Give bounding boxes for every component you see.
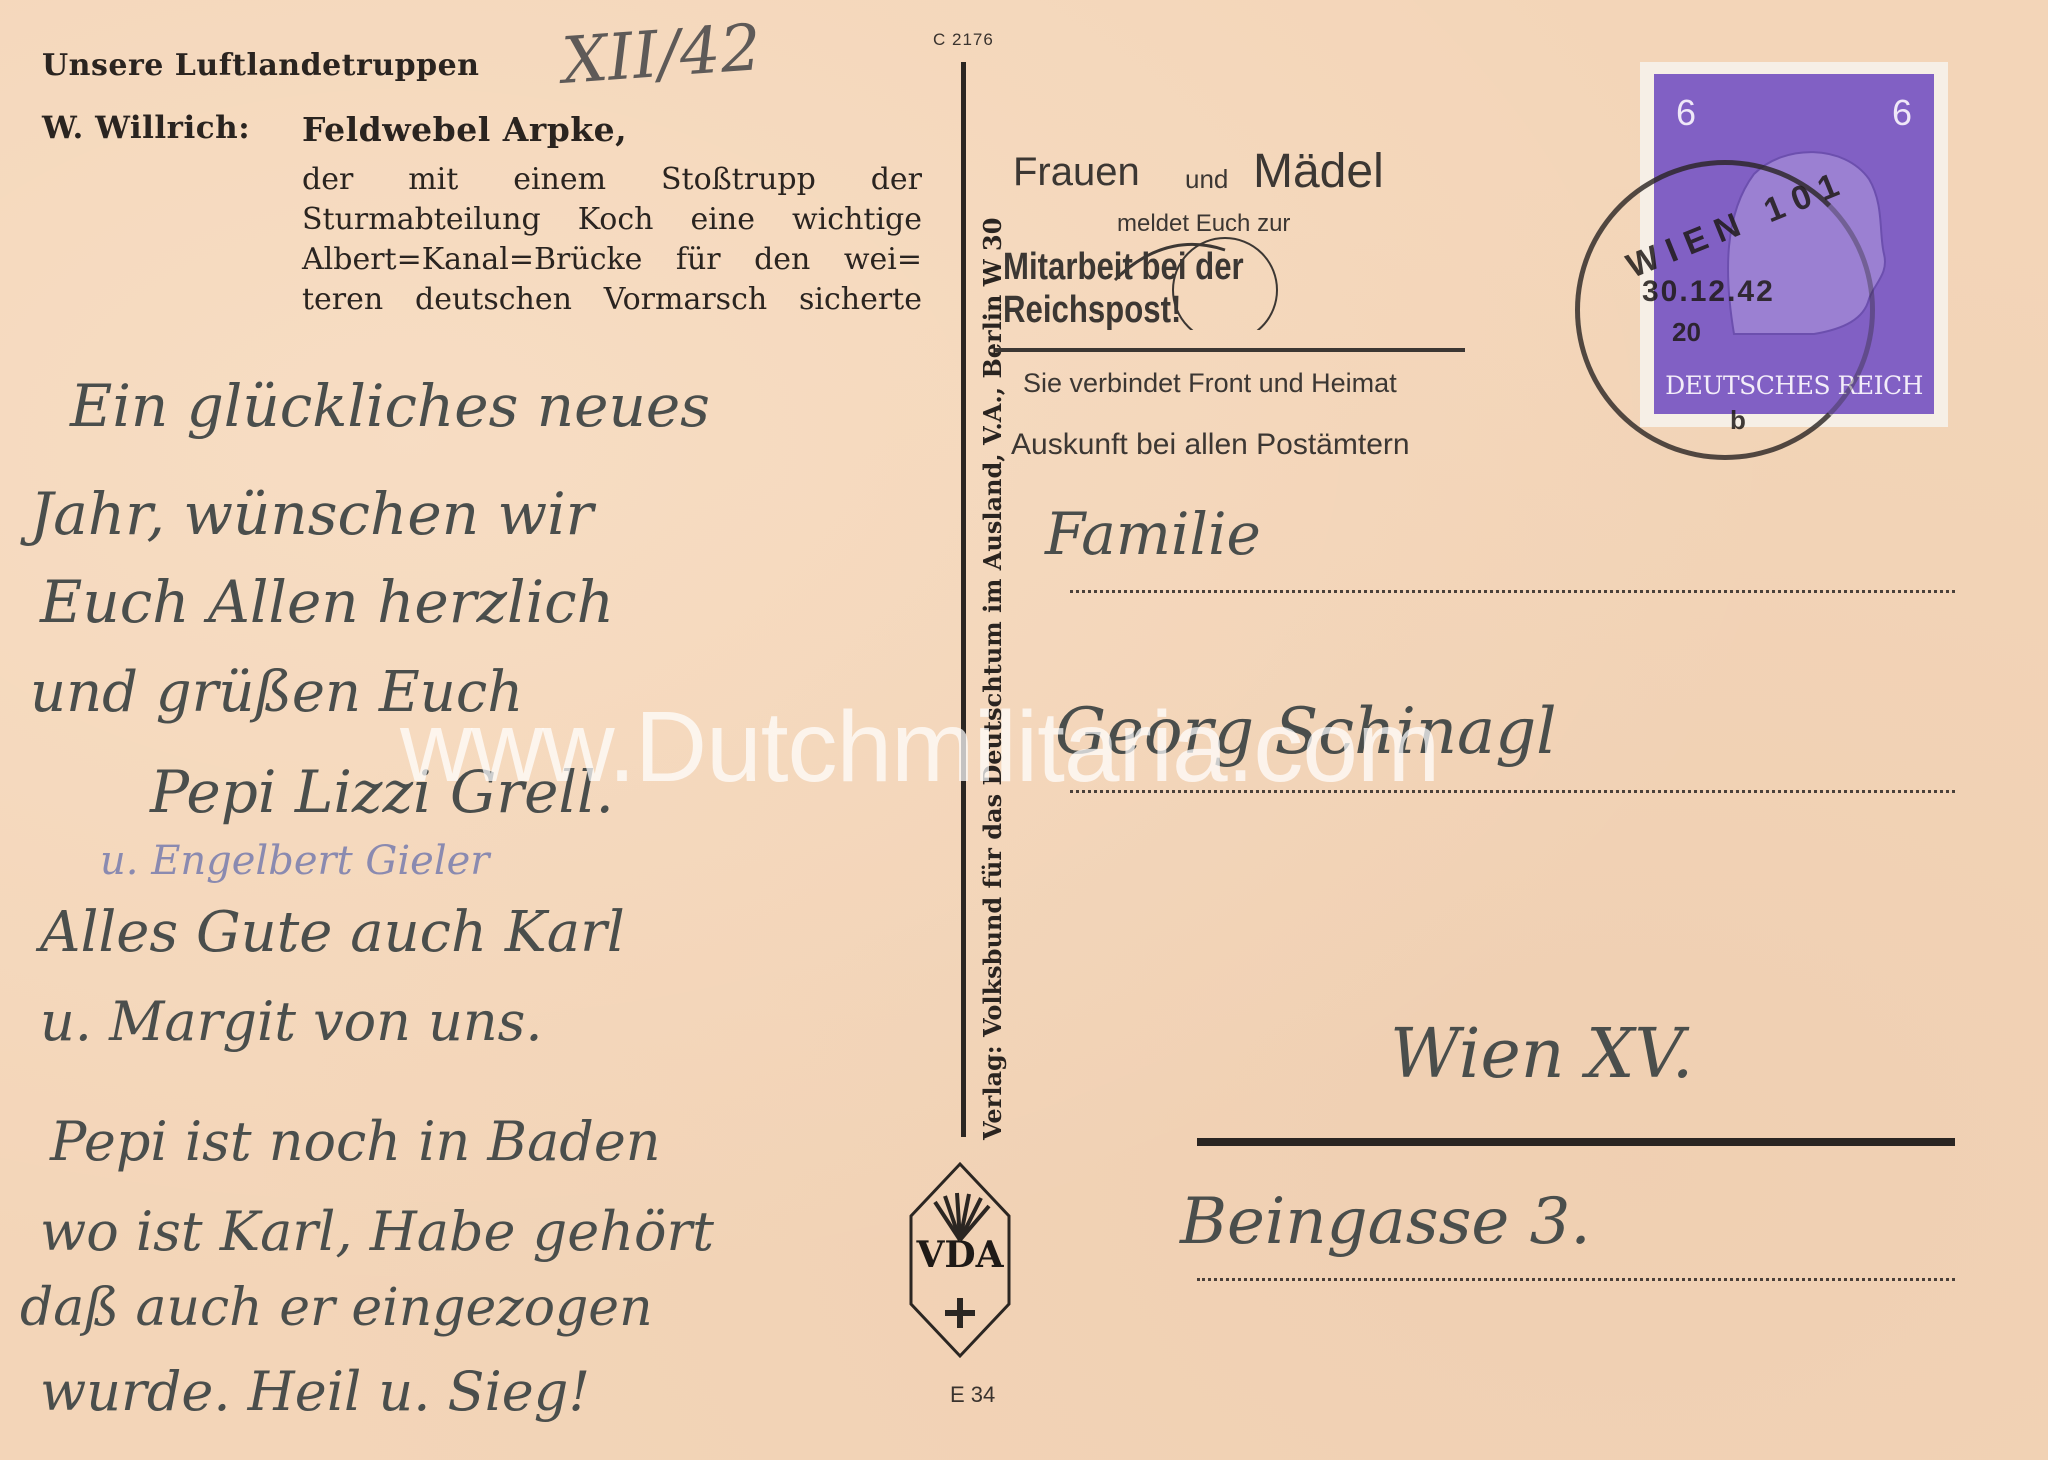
slogan-line3: Mitarbeit bei der Reichspost! xyxy=(1003,246,1390,332)
circular-postmark: WIEN 101 30.12.42 20 b xyxy=(1575,160,1875,460)
postcard-back: XII/42 C 2176 Unsere Luftlandetruppen W.… xyxy=(0,0,2048,1460)
slogan-line5: Auskunft bei allen Postämtern xyxy=(1011,428,1410,462)
address-dotted-line xyxy=(1070,590,1955,593)
center-divider xyxy=(961,62,966,1137)
slogan-rule xyxy=(995,348,1465,352)
message-line: wurde. Heil u. Sieg! xyxy=(40,1360,590,1423)
pencil-addition: u. Engelbert Gieler xyxy=(100,838,489,884)
message-line: Ein glückliches neues xyxy=(70,372,710,440)
message-line: Alles Gute auch Karl xyxy=(40,900,625,965)
address-street: Beingasse 3. xyxy=(1180,1185,1591,1259)
watermark: www.Dutchmilitaria.com xyxy=(400,690,1439,805)
postmark-time: 20 xyxy=(1672,317,1701,348)
slogan-line1-c: Mädel xyxy=(1253,144,1384,199)
message-line: Jahr, wünschen wir xyxy=(30,480,593,548)
slogan-cancel: Frauen und Mädel meldet Euch zur Mitarbe… xyxy=(1005,150,1475,470)
address-block: Familie Georg Schinagl Wien XV. Beingass… xyxy=(1000,470,2048,1370)
postmark-letter: b xyxy=(1730,405,1746,436)
slogan-line4: Sie verbindet Front und Heimat xyxy=(1023,368,1397,399)
address-line1: Familie xyxy=(1045,500,1261,568)
slogan-line1-a: Frauen xyxy=(1013,150,1140,195)
address-dotted-line xyxy=(1197,1278,1955,1281)
message-line: u. Margit von uns. xyxy=(40,990,543,1053)
postmark-city: WIEN 101 xyxy=(1621,162,1853,286)
address-city-rule xyxy=(1197,1138,1955,1146)
message-line: Euch Allen herzlich xyxy=(40,568,614,636)
slogan-line1-b: und xyxy=(1185,164,1228,195)
message-line: Pepi ist noch in Baden xyxy=(50,1110,661,1173)
postmark-date: 30.12.42 xyxy=(1642,275,1775,309)
message-line: wo ist Karl, Habe gehört xyxy=(40,1200,714,1263)
message-line: daß auch er eingezogen xyxy=(20,1278,653,1338)
address-city: Wien XV. xyxy=(1390,1015,1693,1094)
